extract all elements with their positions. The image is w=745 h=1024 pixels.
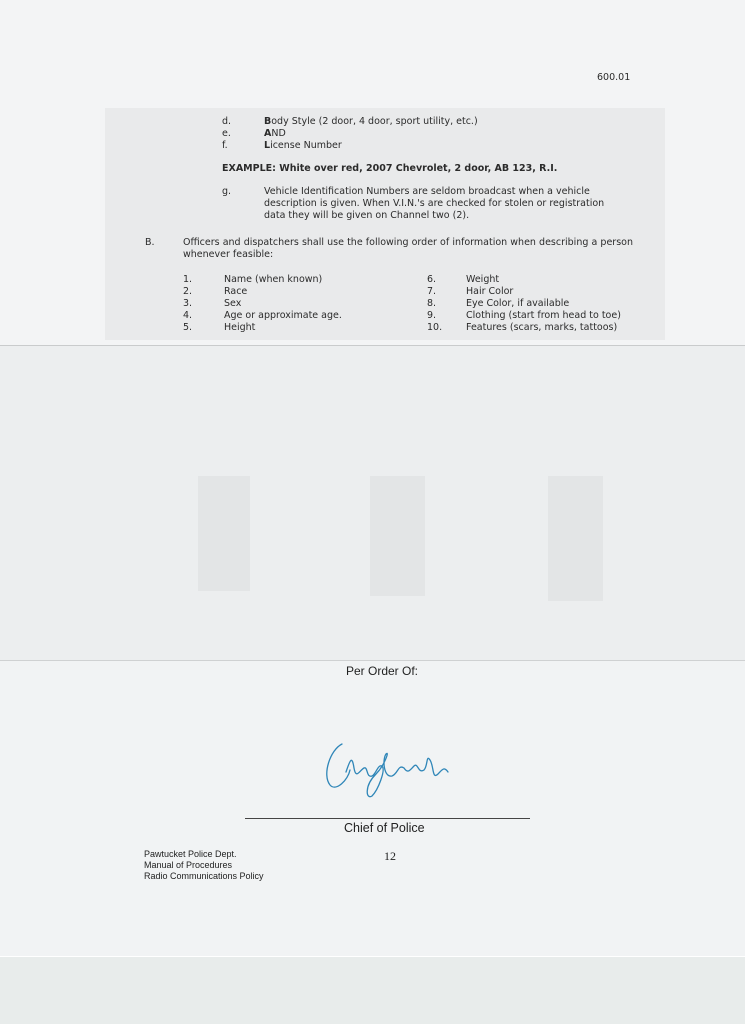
list-number: 4.: [183, 310, 192, 322]
bleed-through-image: [198, 476, 250, 591]
page-code: 600.01: [597, 72, 630, 84]
section-label: B.: [145, 237, 155, 249]
list-item-label: d.: [222, 116, 231, 128]
page-bottom-strip: [0, 956, 745, 1024]
footer-manual: Manual of Procedures: [144, 860, 264, 871]
bleed-through-image: [370, 476, 425, 596]
list-item-label: e.: [222, 128, 231, 140]
list-item-label: g.: [222, 186, 231, 198]
list-item: Hair Color: [466, 286, 513, 298]
list-item: Features (scars, marks, tattoos): [466, 322, 617, 334]
section-b-paragraph: Officers and dispatchers shall use the f…: [183, 237, 633, 261]
list-number: 9.: [427, 310, 436, 322]
signature: [320, 730, 460, 800]
list-item: Race: [224, 286, 247, 298]
list-number: 5.: [183, 322, 192, 334]
page-lower-panel: [0, 660, 745, 957]
document-footer: Pawtucket Police Dept. Manual of Procedu…: [144, 849, 264, 882]
bleed-through-image: [548, 476, 603, 601]
list-item: Weight: [466, 274, 499, 286]
list-item: License Number: [264, 140, 342, 152]
page-number: 12: [384, 849, 396, 864]
list-number: 8.: [427, 298, 436, 310]
signer-title: Chief of Police: [344, 821, 425, 835]
list-item: Height: [224, 322, 255, 334]
list-item: Eye Color, if available: [466, 298, 569, 310]
list-number: 7.: [427, 286, 436, 298]
list-item: Clothing (start from head to toe): [466, 310, 621, 322]
example-text: EXAMPLE: White over red, 2007 Chevrolet,…: [222, 163, 557, 175]
list-number: 3.: [183, 298, 192, 310]
list-item: Age or approximate age.: [224, 310, 342, 322]
list-item: Name (when known): [224, 274, 322, 286]
list-item: Body Style (2 door, 4 door, sport utilit…: [264, 116, 478, 128]
list-item-label: f.: [222, 140, 228, 152]
footer-policy: Radio Communications Policy: [144, 871, 264, 882]
signature-line: [245, 818, 530, 819]
list-number: 1.: [183, 274, 192, 286]
vin-paragraph: Vehicle Identification Numbers are seldo…: [264, 186, 624, 222]
page-middle-panel: [0, 345, 745, 661]
list-item: Sex: [224, 298, 241, 310]
list-number: 10.: [427, 322, 442, 334]
per-order-label: Per Order Of:: [346, 664, 418, 678]
list-number: 6.: [427, 274, 436, 286]
list-number: 2.: [183, 286, 192, 298]
list-item: AND: [264, 128, 286, 140]
footer-department: Pawtucket Police Dept.: [144, 849, 264, 860]
